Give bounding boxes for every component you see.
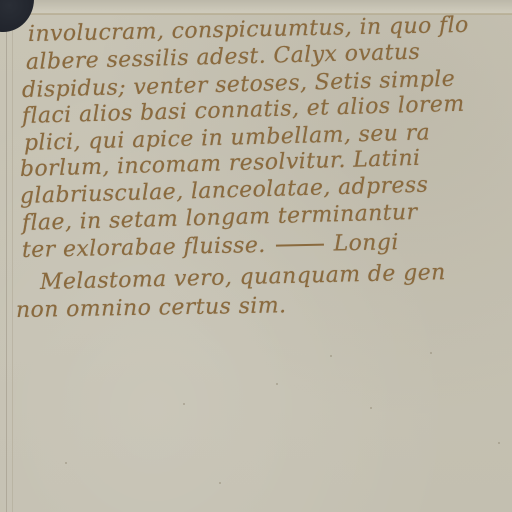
manuscript-line-9: ter exlorabae fluisse.Longi [22, 230, 399, 263]
left-margin-fold [6, 0, 7, 512]
manuscript-line-9-text: ter exlorabae fluisse. [22, 233, 266, 263]
manuscript-page: involucram, conspicuumtus, in quo flo al… [0, 0, 512, 512]
em-dash [276, 244, 324, 247]
paper-speck [65, 462, 67, 464]
manuscript-line-11: non omnino certus sim. [16, 293, 287, 323]
paper-speck [183, 403, 185, 405]
paper-top-edge [0, 0, 512, 14]
paper-speck [498, 442, 500, 444]
paper-speck [330, 355, 332, 357]
paper-speck [370, 407, 372, 409]
paper-speck [430, 352, 432, 354]
paper-speck [276, 383, 278, 385]
manuscript-line-9-tail: Longi [333, 230, 399, 256]
manuscript-line-10: Melastoma vero, quanquam de gen [40, 260, 446, 295]
paper-speck [219, 482, 221, 484]
left-margin-rule [12, 18, 13, 512]
